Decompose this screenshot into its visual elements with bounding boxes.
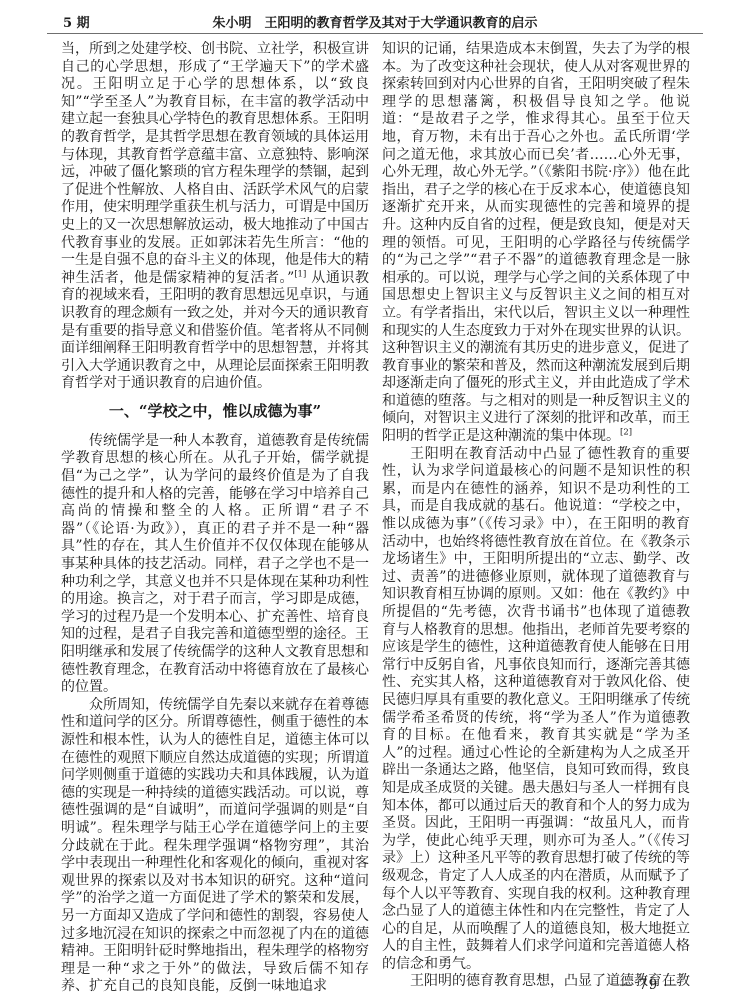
running-title: 朱小明 王阳明的教育哲学及其对于大学通识教育的启示: [212, 16, 537, 31]
header-rule: [47, 33, 703, 34]
page-header: 5 期 朱小明 王阳明的教育哲学及其对于大学通识教育的启示: [0, 12, 750, 32]
paragraph: 众所周知，传统儒学自先秦以来就存在着尊德性和道问学的区分。所谓尊德性，侧重于德性…: [61, 697, 369, 996]
paper-page: 5 期 朱小明 王阳明的教育哲学及其对于大学通识教育的启示 当，所到之处建学校、…: [0, 0, 750, 1000]
footnote-ref: [1]: [294, 269, 306, 279]
paragraph: 王阳明在教育活动中凸显了德性教育的重要性，认为求学问道最核心的问题不是知识性的积…: [382, 446, 690, 974]
paragraph: 传统儒学是一种人本教育，道德教育是传统儒学教育思想的核心所在。从孔子开始，儒学就…: [61, 433, 369, 697]
section-heading: 一、“学校之中，惟以成德为事”: [61, 402, 369, 420]
page-footer: — 79 —: [619, 977, 678, 993]
page-number: — 79 —: [619, 977, 678, 993]
paragraph: 知识的记诵，结果造成本末倒置，失去了为学的根本。为了改变这种社会现状，使人从对客…: [382, 41, 690, 446]
paragraph: 当，所到之处建学校、创书院、立社学，积极宣讲自己的心学思想，形成了“王学遍天下”…: [61, 41, 369, 393]
footnote-ref: [2]: [620, 427, 632, 437]
right-column: 知识的记诵，结果造成本末倒置，失去了为学的根本。为了改变这种社会现状，使人从对客…: [382, 41, 690, 996]
left-column: 当，所到之处建学校、创书院、立社学，积极宣讲自己的心学思想，形成了“王学遍天下”…: [61, 41, 369, 996]
article-body: 当，所到之处建学校、创书院、立社学，积极宣讲自己的心学思想，形成了“王学遍天下”…: [61, 41, 690, 996]
issue-label: 5 期: [63, 12, 90, 31]
